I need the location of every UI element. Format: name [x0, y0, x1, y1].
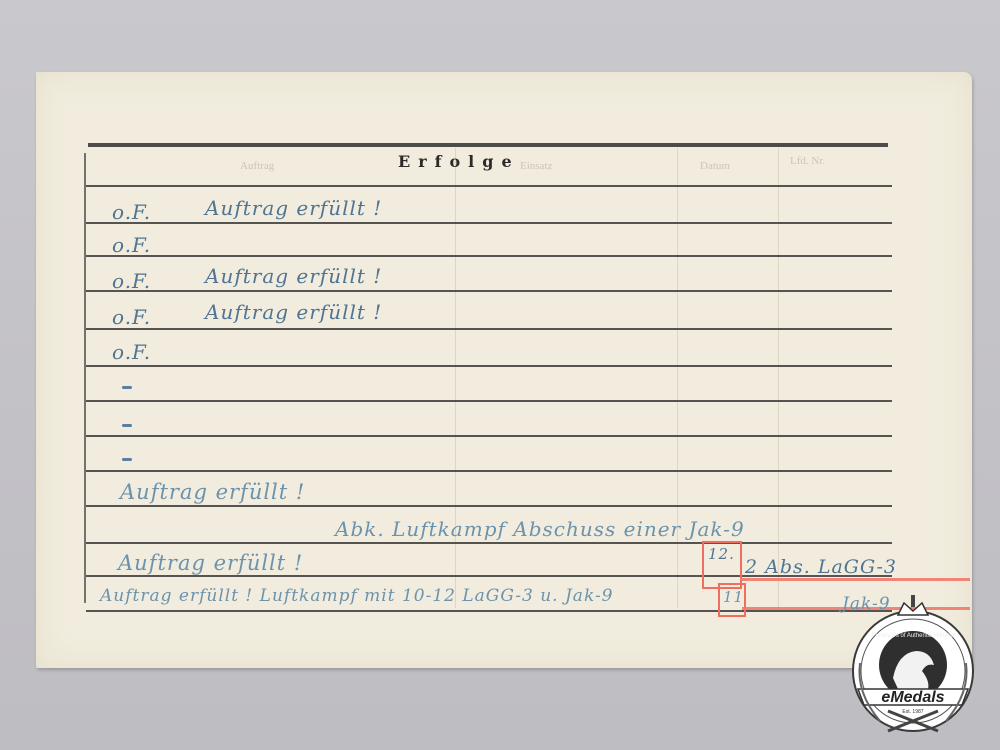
entry-text: Auftrag erfüllt ! — [205, 300, 382, 324]
column-divider — [778, 148, 779, 608]
row-rule — [86, 365, 892, 367]
entry-text: Auftrag erfüllt ! — [118, 551, 303, 575]
entry-prefix: o.F. — [112, 305, 151, 329]
margin-note: 11 — [723, 588, 744, 606]
row-rule — [86, 328, 892, 330]
entry-prefix: o.F. — [112, 340, 151, 364]
header-bottom-rule — [86, 185, 892, 187]
left-frame-line — [84, 153, 86, 603]
row-rule — [86, 255, 892, 257]
entry-text: Abk. Luftkampf Abschuss einer Jak-9 — [335, 517, 745, 541]
emedals-crest-icon — [838, 593, 988, 743]
entry-prefix: o.F. — [112, 200, 151, 224]
header-top-rule — [88, 143, 888, 147]
entry-prefix: o.F. — [112, 269, 151, 293]
faded-header-lfd-nr: Lfd. Nr. — [790, 155, 825, 167]
row-rule — [86, 435, 892, 437]
entry-prefix: o.F. — [112, 233, 151, 257]
faded-header-datum: Datum — [700, 160, 730, 172]
margin-note: 12. — [708, 545, 735, 563]
entry-text: Auftrag erfüllt ! Luftkampf mit 10-12 La… — [100, 586, 614, 606]
row-rule — [86, 290, 892, 292]
watermark-brand: eMedals — [838, 689, 988, 707]
page-title: Erfolge — [398, 152, 520, 171]
watermark-established: Est. 1987 — [838, 709, 988, 715]
entry-dash — [122, 424, 132, 427]
entry-dash — [122, 386, 132, 389]
row-rule — [86, 222, 892, 224]
row-rule — [86, 470, 892, 472]
entry-text: Auftrag erfüllt ! — [205, 264, 382, 288]
red-underline — [740, 578, 970, 581]
faded-header-einsatz: Einsatz — [520, 160, 552, 172]
row-rule — [86, 542, 892, 544]
entry-text: Auftrag erfüllt ! — [120, 480, 305, 504]
faded-header-auftrag: Auftrag — [240, 160, 274, 172]
row-rule — [86, 505, 892, 507]
entry-dash — [122, 458, 132, 461]
row-rule — [86, 610, 892, 612]
watermark-tagline: Purveyors of Authentic Militaria — [838, 633, 988, 639]
emedals-watermark-logo: eMedals Purveyors of Authentic Militaria… — [838, 593, 988, 743]
entry-text: Auftrag erfüllt ! — [205, 196, 382, 220]
margin-note: 2 Abs. LaGG-3 — [745, 556, 897, 578]
row-rule — [86, 400, 892, 402]
